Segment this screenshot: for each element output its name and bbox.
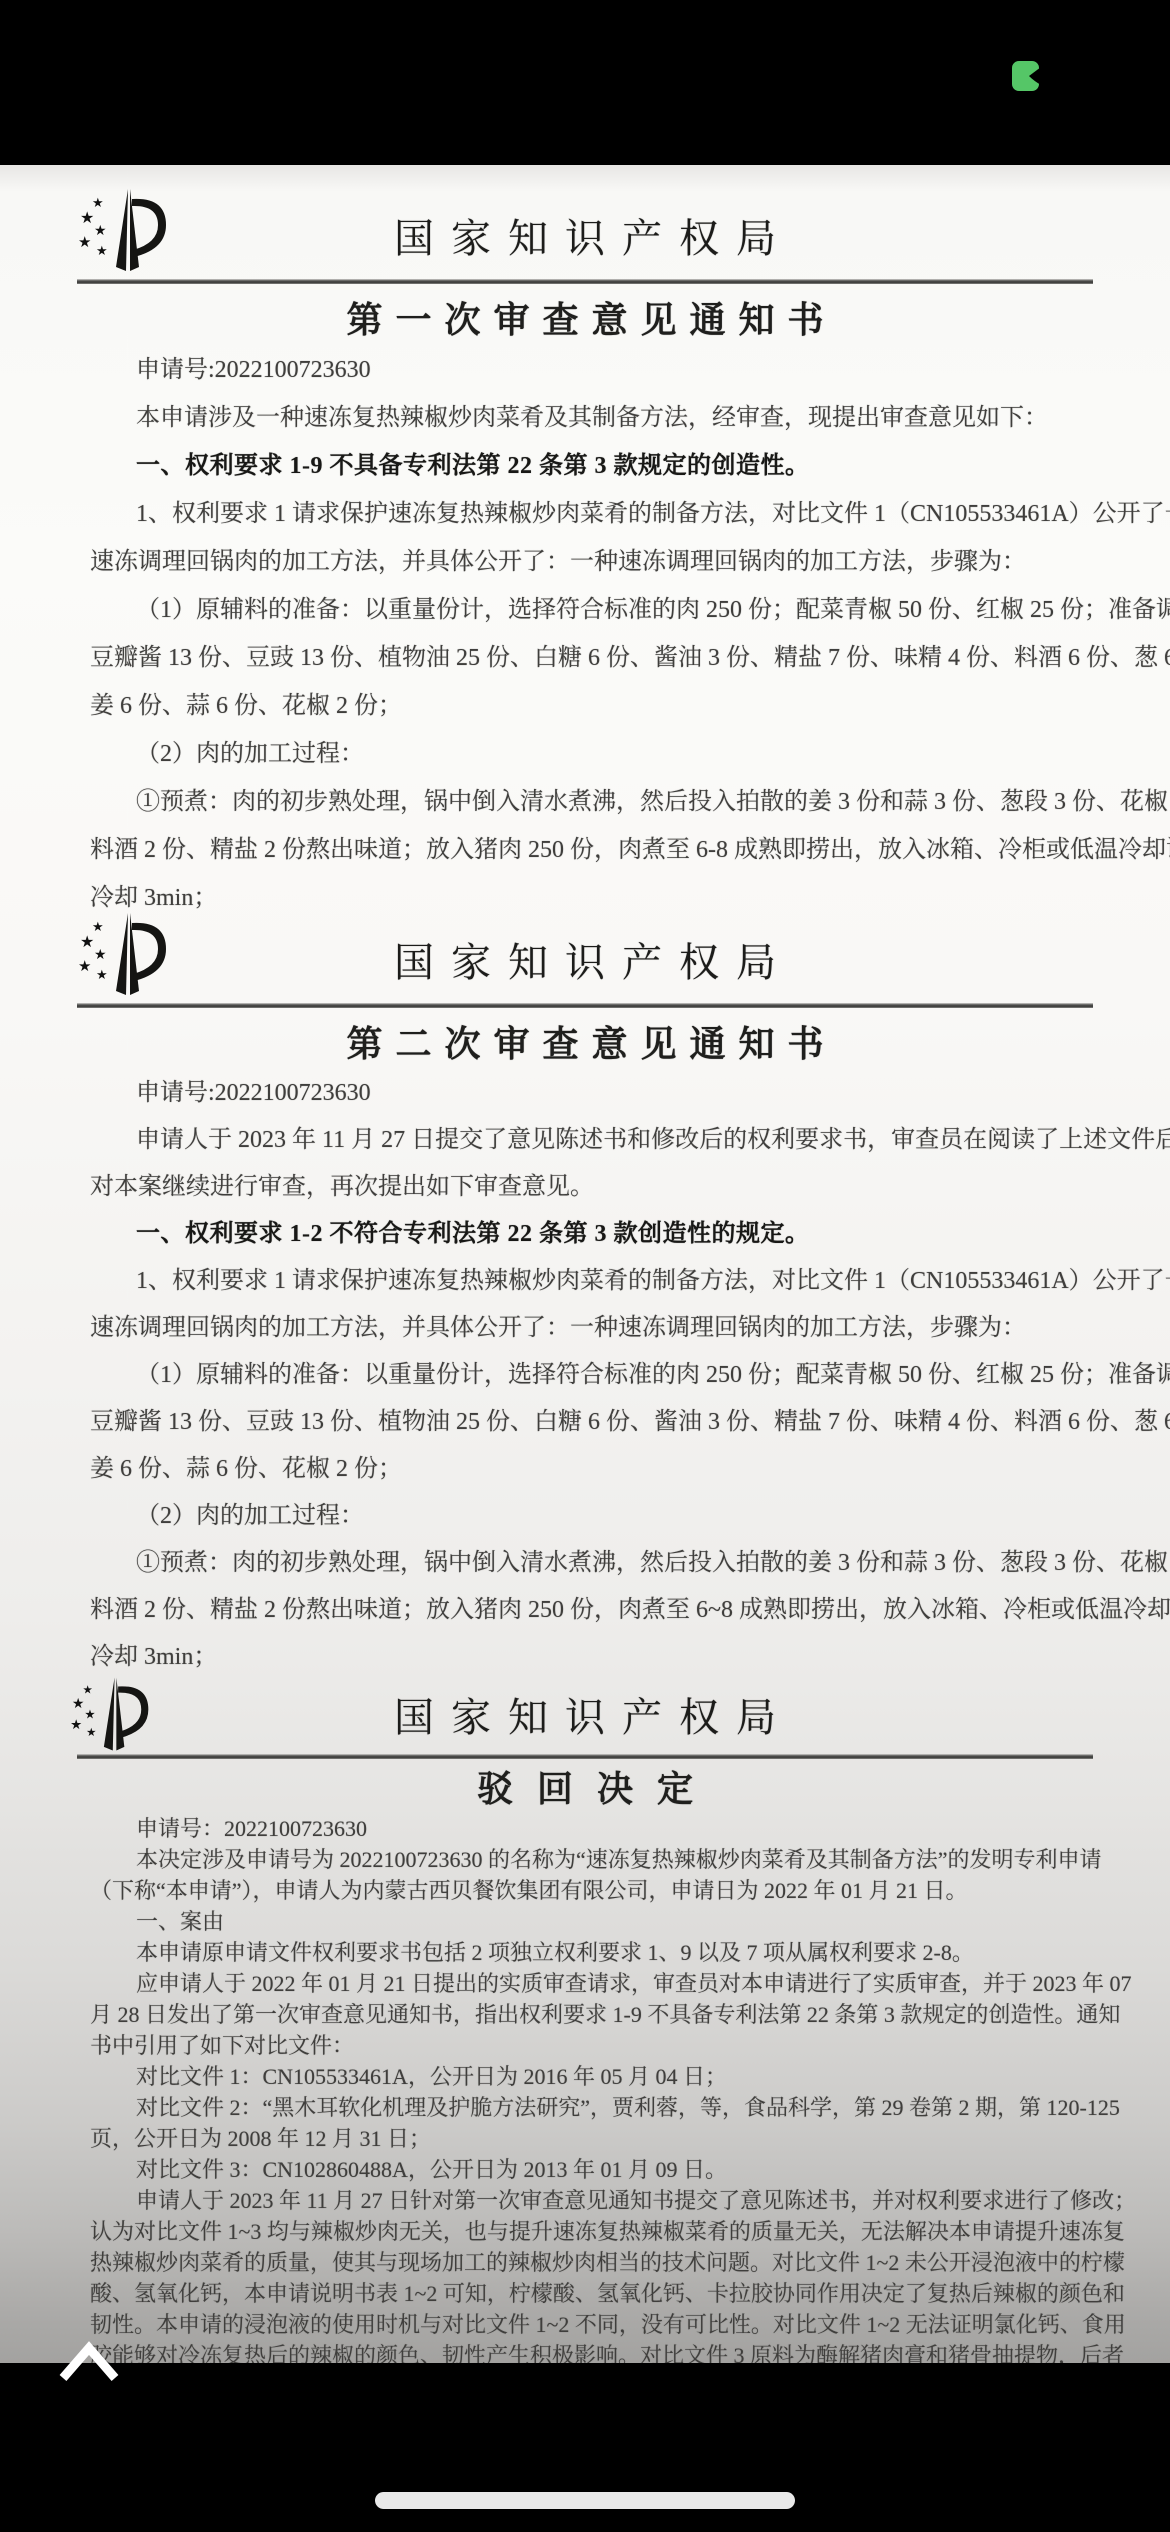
document-second-office-action: 国家知识产权局 第二次审查意见通知书 申请号:2022100723630 申请人…	[0, 905, 1170, 1681]
body-line: （1）原辅料的准备：以重量份计，选择符合标准的肉 250 份；配菜青椒 50 份…	[90, 586, 1130, 634]
chevron-up-icon[interactable]	[57, 2340, 121, 2384]
cnipa-logo-icon	[76, 909, 172, 1004]
document-title: 驳回决定	[0, 1767, 1170, 1811]
document-title: 第一次审查意见通知书	[0, 296, 1170, 344]
body-line: （2）肉的加工过程：	[90, 730, 1130, 778]
body-line: 姜 6 份、蒜 6 份、花椒 2 份；	[90, 1446, 1130, 1493]
reference-document-2: 对比文件 2：“黑木耳软化机理及护脆方法研究”，贾利蓉，等，食品科学，第 29 …	[90, 2092, 1130, 2123]
body-line: 豆瓣酱 13 份、豆豉 13 份、植物油 25 份、白糖 6 份、酱油 3 份、…	[90, 634, 1130, 682]
body-line: ①预煮：肉的初步熟处理，锅中倒入清水煮沸，然后投入拍散的姜 3 份和蒜 3 份、…	[90, 778, 1130, 826]
cnipa-logo-icon	[66, 1674, 156, 1759]
body-line: 月 28 日发出了第一次审查意见通知书，指出权利要求 1-9 不具备专利法第 2…	[90, 1999, 1130, 2030]
application-number: 申请号:2022100723630	[90, 346, 1130, 394]
document-photo-view[interactable]: ★ ★ ★ ★ ★ 国家知识产权局 第一次审查意见通知书	[0, 165, 1170, 2363]
agency-name: 国家知识产权局	[0, 189, 1170, 264]
header-divider	[77, 1003, 1093, 1008]
body-line: （下称“本申请”），申请人为内蒙古西贝餐饮集团有限公司，申请日为 2022 年 …	[90, 1875, 1130, 1906]
body-line: 姜 6 份、蒜 6 份、花椒 2 份；	[90, 682, 1130, 730]
body-line: 1、权利要求 1 请求保护速冻复热辣椒炒肉菜肴的制备方法，对比文件 1（CN10…	[90, 1258, 1130, 1305]
cnipa-logo-icon	[76, 185, 172, 280]
body-line: （1）原辅料的准备：以重量份计，选择符合标准的肉 250 份；配菜青椒 50 份…	[90, 1352, 1130, 1399]
status-green-icon[interactable]	[1012, 61, 1041, 91]
body-line: 认为对比文件 1~3 均与辣椒炒肉无关，也与提升速冻复热辣椒菜肴的质量无关，无法…	[90, 2216, 1130, 2247]
agency-header: 国家知识产权局	[0, 1674, 1170, 1750]
document-title: 第二次审查意见通知书	[0, 1020, 1170, 1068]
body-line: 速冻调理回锅肉的加工方法，并具体公开了：一种速冻调理回锅肉的加工方法，步骤为：	[90, 538, 1130, 586]
body-line: 页，公开日为 2008 年 12 月 31 日；	[90, 2123, 1130, 2154]
body-line: 申请人于 2023 年 11 月 27 日针对第一次审查意见通知书提交了意见陈述…	[90, 2185, 1130, 2216]
application-number: 申请号：2022100723630	[90, 1813, 1130, 1844]
body-line: 书中引用了如下对比文件：	[90, 2030, 1130, 2061]
agency-name: 国家知识产权局	[0, 1674, 1170, 1743]
document-body: 申请号:2022100723630 本申请涉及一种速冻复热辣椒炒肉菜肴及其制备方…	[0, 344, 1170, 922]
body-line: 豆瓣酱 13 份、豆豉 13 份、植物油 25 份、白糖 6 份、酱油 3 份、…	[90, 1399, 1130, 1446]
reference-document-1: 对比文件 1：CN105533461A，公开日为 2016 年 05 月 04 …	[90, 2061, 1130, 2092]
body-line: 韧性。本申请的浸泡液的使用时机与对比文件 1~2 不同，没有可比性。对比文件 1…	[90, 2309, 1130, 2340]
body-line: 本决定涉及申请号为 2022100723630 的名称为“速冻复热辣椒炒肉菜肴及…	[90, 1844, 1130, 1875]
header-divider	[77, 1754, 1093, 1759]
document-body: 申请号:2022100723630 申请人于 2023 年 11 月 27 日提…	[0, 1068, 1170, 1681]
body-line: 应申请人于 2022 年 01 月 21 日提出的实质审查请求，审查员对本申请进…	[90, 1968, 1130, 1999]
application-number: 申请号:2022100723630	[90, 1070, 1130, 1117]
section-heading: 一、权利要求 1-9 不具备专利法第 22 条第 3 款规定的创造性。	[90, 442, 1130, 490]
body-line: 本申请原申请文件权利要求书包括 2 项独立权利要求 1、9 以及 7 项从属权利…	[90, 1937, 1130, 1968]
body-line: 胶能够对冷冻复热后的辣椒的颜色、韧性产生积极影响。对比文件 3 原料为酶解猪肉膏…	[90, 2340, 1130, 2363]
body-line: 酸、氢氧化钙，本申请说明书表 1~2 可知，柠檬酸、氢氧化钙、卡拉胶协同作用决定…	[90, 2278, 1130, 2309]
body-line: 本申请涉及一种速冻复热辣椒炒肉菜肴及其制备方法，经审查，现提出审查意见如下：	[90, 394, 1130, 442]
body-line: 热辣椒炒肉菜肴的质量，使其与现场加工的辣椒炒肉相当的技术问题。对比文件 1~2 …	[90, 2247, 1130, 2278]
body-line: （2）肉的加工过程：	[90, 1493, 1130, 1540]
home-indicator[interactable]	[375, 2492, 795, 2509]
agency-header: 国家知识产权局	[0, 189, 1170, 275]
document-body: 申请号：2022100723630 本决定涉及申请号为 202210072363…	[0, 1811, 1170, 2363]
header-divider	[77, 279, 1093, 284]
top-status-bar	[0, 0, 1170, 165]
reference-document-3: 对比文件 3：CN102860488A，公开日为 2013 年 01 月 09 …	[90, 2154, 1130, 2185]
body-line: 1、权利要求 1 请求保护速冻复热辣椒炒肉菜肴的制备方法，对比文件 1（CN10…	[90, 490, 1130, 538]
body-line: ①预煮：肉的初步熟处理，锅中倒入清水煮沸，然后投入拍散的姜 3 份和蒜 3 份、…	[90, 1540, 1130, 1587]
document-first-office-action: 国家知识产权局 第一次审查意见通知书 申请号:2022100723630 本申请…	[0, 165, 1170, 922]
body-line: 速冻调理回锅肉的加工方法，并具体公开了：一种速冻调理回锅肉的加工方法，步骤为：	[90, 1305, 1130, 1352]
body-line: 申请人于 2023 年 11 月 27 日提交了意见陈述书和修改后的权利要求书，…	[90, 1117, 1130, 1164]
document-rejection-decision: 国家知识产权局 驳回决定 申请号：2022100723630 本决定涉及申请号为…	[0, 1660, 1170, 2363]
section-heading: 一、案由	[90, 1906, 1130, 1937]
section-heading: 一、权利要求 1-2 不符合专利法第 22 条第 3 款创造性的规定。	[90, 1211, 1130, 1258]
body-line: 料酒 2 份、精盐 2 份熬出味道；放入猪肉 250 份，肉煮至 6-8 成熟即…	[90, 826, 1130, 874]
phone-screen: ★ ★ ★ ★ ★ 国家知识产权局 第一次审查意见通知书	[0, 0, 1170, 2532]
body-line: 对本案继续进行审查，再次提出如下审查意见。	[90, 1164, 1130, 1211]
agency-name: 国家知识产权局	[0, 913, 1170, 988]
body-line: 料酒 2 份、精盐 2 份熬出味道；放入猪肉 250 份，肉煮至 6~8 成熟即…	[90, 1587, 1130, 1634]
agency-header: 国家知识产权局	[0, 913, 1170, 999]
bottom-system-bar	[0, 2363, 1170, 2532]
